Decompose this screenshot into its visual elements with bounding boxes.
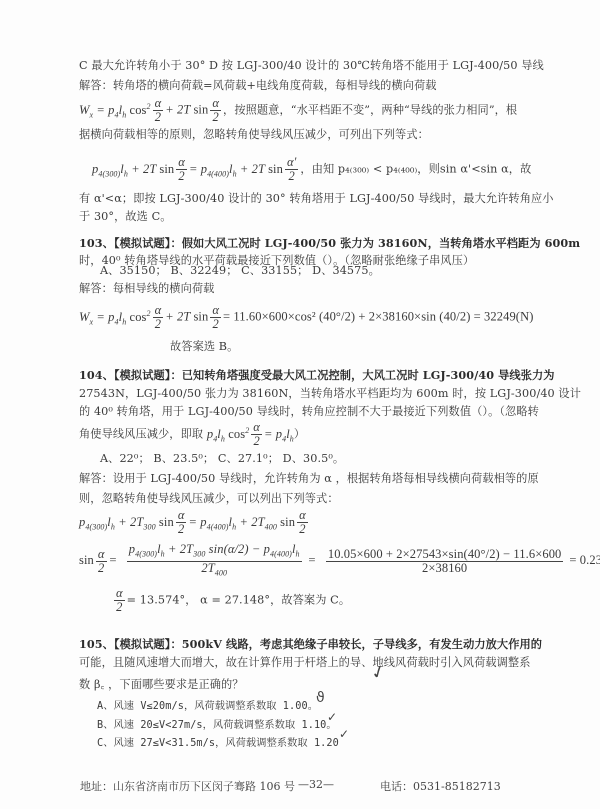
footer-page-number: —32— — [298, 778, 334, 791]
q105-line3: 数 β꜀ ，下面哪些要求是正确的？ — [79, 678, 244, 692]
handwritten-check-c-icon: ✓ — [339, 727, 349, 741]
footer-address: 地址：山东省济南市历下区闵子骞路 106 号 — [80, 778, 295, 794]
q104-line2: 27543N，LGJ-400/50 张力为 38160N，当转角塔水平档距均为 … — [79, 387, 581, 401]
q103-formula: Wx = p4lh cos2α2+ 2T sinα2= 11.60×600×co… — [79, 304, 533, 331]
q103-conclusion: 故答案选 B。 — [170, 340, 238, 354]
footer-phone: 电话：0531-85182713 — [380, 778, 501, 794]
q105-option-b: B、风速 20≤V<27m/s，风荷载调整系数取 1.10。 — [97, 719, 337, 733]
q104-equation: p4(300)lh + 2T300 sinα2= p4(400)lh + 2T4… — [79, 509, 310, 536]
prev-formula-line: Wx = p4lh cos2α2+ 2T sinα2，按照题意，“水平档距不变”… — [79, 97, 517, 124]
q104-options: A、22⁰； B、23.5⁰； C、27.1⁰； D、30.5⁰。 — [100, 452, 344, 466]
scanned-page: C 最大允许转角小于 30° D 按 LGJ-300/40 设计的 30℃转角塔… — [0, 0, 600, 809]
handwritten-mark-icon: ϑ — [316, 690, 325, 706]
formula-tail: ，按照题意，“水平档距不变”，两种“导线的张力相同”，根 — [223, 104, 517, 117]
q104-answer-2: 则，忽略转角使导线风压减少，可以列出下列等式： — [79, 492, 339, 506]
prev-equation: p4(300)lh + 2T sinα2= p4(400)lh + 2T sin… — [92, 156, 531, 183]
q104-result: = 0.2347 — [569, 553, 600, 567]
q103-options: A、35150； B、32249； C、33155； D、34575。 — [100, 264, 380, 278]
prev-conclusion-2: 于 30°，故选 C。 — [79, 210, 172, 224]
q104-numerator: 10.05×600 + 2×27543×sin(40°/2) − 11.6×60… — [326, 548, 564, 562]
q105-option-a: A、风速 V≤20m/s，风荷载调整系数取 1.00。 — [97, 700, 318, 714]
equation-tail: ，由知 p₄₍₃₀₀₎ < p₄₍₄₀₀₎，则sin α'<sin α，故 — [300, 163, 531, 176]
q104-final: α2= 13.574°， α = 27.148°，故答案为 C。 — [112, 587, 350, 614]
q105-line1: 105、【模拟试题】：500kV 线路，考虑其绝缘子串较长，子导线多，有发生动力… — [79, 637, 542, 651]
q103-formula-values: = 11.60×600×cos² (40°/2) + 2×38160×sin (… — [223, 310, 533, 324]
prev-conclusion-1: 有 α'<α；即按 LGJ-300/40 设计的 30° 转角塔用于 LGJ-4… — [79, 192, 554, 206]
q103-title: 103、【模拟试题】：假如大风工况时 LGJ-400/50 张力为 38160N… — [79, 236, 580, 250]
q105-line2: 可能，且随风速增大而增大，故在计算作用于杆塔上的导、地线风荷载时引入风荷载调整系 — [79, 656, 531, 670]
q105-option-c: C、风速 27≤V<31.5m/s，风荷载调整系数取 1.20 — [97, 737, 339, 751]
q104-line4: 角使导线风压减少，即取 p4lh cos2α2= p4lh） — [79, 421, 305, 448]
prev-line-cont: 据横向荷载相等的原则，忽略转角使导线风压减少，可列出下列等式： — [79, 128, 429, 142]
q104-line1: 104、【模拟试题】：已知转角塔强度受最大风工况控制，大风工况时 LGJ-300… — [79, 368, 555, 382]
q104-answer-1: 解答：设用于 LGJ-400/50 导线时，允许转角为 α ，根据转角塔每相导线… — [79, 472, 539, 486]
q104-line3: 的 40⁰ 转角塔，用于 LGJ-400/50 导线时，转角应控制不大于最接近下… — [79, 405, 539, 419]
formula-wx: Wx = p4lh cos2 — [79, 103, 151, 117]
q103-answer-intro: 解答：每相导线的横向荷载 — [79, 282, 214, 296]
handwritten-check-b-icon: ✓ — [327, 710, 337, 724]
prev-options-line: C 最大允许转角小于 30° D 按 LGJ-300/40 设计的 30℃转角塔… — [79, 59, 544, 73]
prev-answer-intro: 解答：转角塔的横向荷载=风荷载+电线角度荷载，每相导线的横向荷载 — [79, 79, 437, 93]
q104-denominator: 2×38160 — [326, 562, 564, 575]
q104-solve: sinα2= p4(300)lh + 2T300 sin(α/2) − p4(4… — [79, 543, 600, 579]
